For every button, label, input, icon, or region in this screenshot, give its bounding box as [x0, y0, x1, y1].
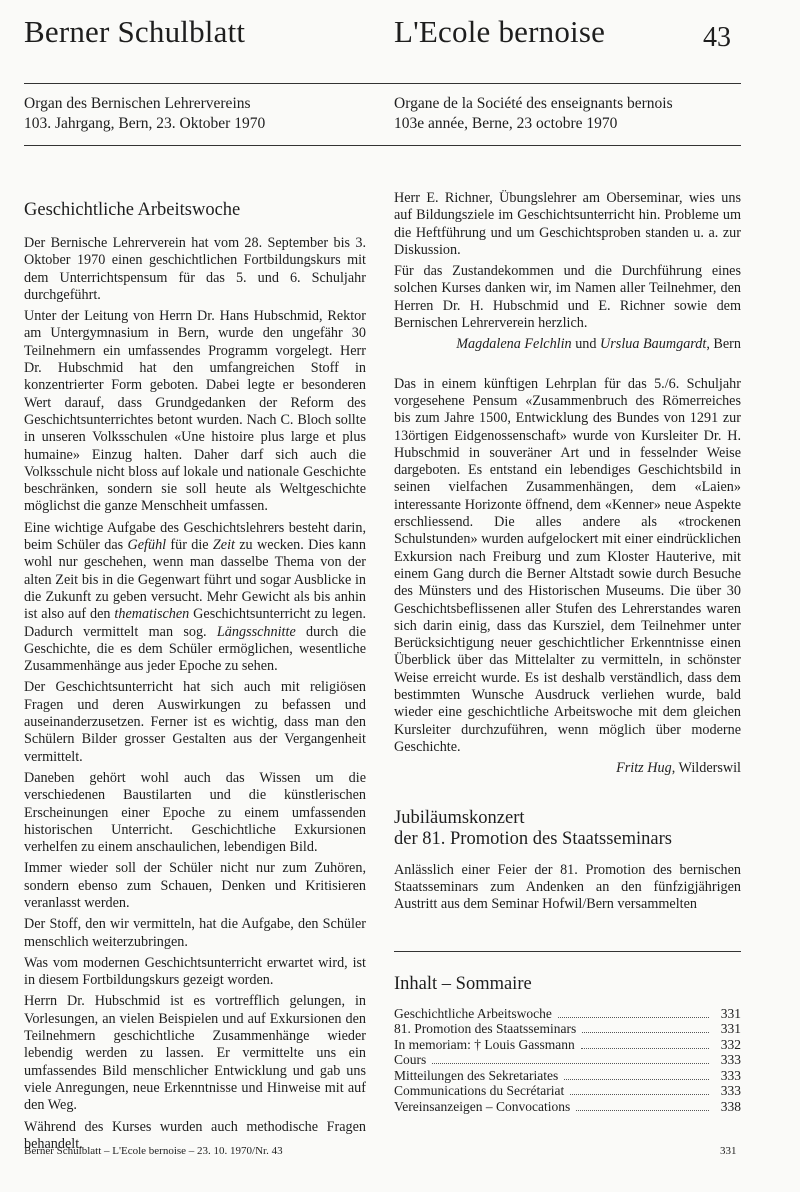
page-number: 331: [720, 1145, 737, 1157]
toc-item[interactable]: Mitteilungen des Sekretariates333: [394, 1068, 741, 1084]
toc-page: 332: [715, 1037, 741, 1053]
toc-leader: [582, 1032, 709, 1033]
subtitle-fr: Organe de la Société des enseignants ber…: [394, 94, 673, 134]
text-span: für die: [166, 537, 213, 553]
toc-leader: [570, 1094, 709, 1095]
toc-list: Geschichtliche Arbeitswoche331 81. Promo…: [394, 1006, 741, 1115]
paragraph: Der Stoff, den wir vermitteln, hat die A…: [24, 916, 366, 951]
header-rule-top: [24, 83, 741, 84]
paragraph: Der Geschichtsunterricht hat sich auch m…: [24, 679, 366, 765]
emphasis: Längsschnitte: [217, 624, 296, 640]
toc-page: 333: [715, 1052, 741, 1068]
toc-label: Vereinsanzeigen – Convocations: [394, 1099, 570, 1115]
paragraph: Unter der Leitung von Herrn Dr. Hans Hub…: [24, 308, 366, 516]
paragraph: Was vom modernen Geschichtsunterricht er…: [24, 955, 366, 990]
paragraph: Daneben gehört wohl auch das Wissen um d…: [24, 770, 366, 856]
author-place: , Wilderswil: [672, 760, 741, 776]
paragraph: Das in einem künftigen Lehrplan für das …: [394, 376, 741, 757]
toc-label: Communications du Secrétariat: [394, 1083, 564, 1099]
toc-item[interactable]: Geschichtliche Arbeitswoche331: [394, 1006, 741, 1022]
toc-item[interactable]: Communications du Secrétariat333: [394, 1083, 741, 1099]
signature: Fritz Hug, Wilderswil: [394, 760, 741, 777]
author-name: Magdalena Felchlin: [456, 336, 571, 352]
text-span: und: [572, 336, 600, 352]
toc-page: 331: [715, 1006, 741, 1022]
toc-rule: [394, 951, 741, 952]
spacer: [394, 917, 741, 951]
toc-label: In memoriam: † Louis Gassmann: [394, 1037, 575, 1053]
toc-item[interactable]: 81. Promotion des Staatsseminars331: [394, 1021, 741, 1037]
header-rule-bottom: [24, 145, 741, 146]
left-column: Geschichtliche Arbeitswoche Der Bernisch…: [24, 200, 366, 1157]
toc-label: Geschichtliche Arbeitswoche: [394, 1006, 552, 1022]
toc-page: 333: [715, 1068, 741, 1084]
toc-leader: [581, 1048, 709, 1049]
emphasis: Gefühl: [128, 537, 167, 553]
article-heading: Geschichtliche Arbeitswoche: [24, 200, 366, 221]
subtitle-de: Organ des Bernischen Lehrervereins 103. …: [24, 94, 265, 134]
subtitle-de-line1: Organ des Bernischen Lehrervereins: [24, 94, 265, 114]
toc-page: 333: [715, 1083, 741, 1099]
subtitle-de-line2: 103. Jahrgang, Bern, 23. Oktober 1970: [24, 114, 265, 134]
toc-item[interactable]: Vereinsanzeigen – Convocations338: [394, 1099, 741, 1115]
paragraph: Immer wieder soll der Schüler nicht nur …: [24, 860, 366, 912]
author-name: Fritz Hug: [616, 760, 672, 776]
toc-leader: [432, 1063, 709, 1064]
toc-item[interactable]: Cours333: [394, 1052, 741, 1068]
right-column: Herr E. Richner, Übungslehrer am Obersem…: [394, 190, 741, 1114]
paragraph: Für das Zustandekommen und die Durchführ…: [394, 263, 741, 332]
paragraph: Der Bernische Lehrerverein hat vom 28. S…: [24, 235, 366, 304]
toc-item[interactable]: In memoriam: † Louis Gassmann332: [394, 1037, 741, 1053]
paragraph: Herr E. Richner, Übungslehrer am Obersem…: [394, 190, 741, 259]
spacer: [394, 358, 741, 376]
toc-page: 338: [715, 1099, 741, 1115]
issue-number: 43: [703, 22, 731, 54]
toc-label: Mitteilungen des Sekretariates: [394, 1068, 558, 1084]
toc-leader: [564, 1079, 709, 1080]
article-heading: Jubiläumskonzert der 81. Promotion des S…: [394, 808, 741, 850]
toc-label: 81. Promotion des Staatsseminars: [394, 1021, 576, 1037]
heading-line: Jubiläumskonzert: [394, 808, 741, 829]
toc-leader: [558, 1017, 709, 1018]
spacer: [394, 782, 741, 808]
paragraph: Eine wichtige Aufgabe des Geschichtslehr…: [24, 520, 366, 676]
heading-line: der 81. Promotion des Staatsseminars: [394, 829, 741, 850]
author-place: , Bern: [706, 336, 741, 352]
emphasis: Zeit: [213, 537, 235, 553]
footer-citation: Berner Schulblatt – L'Ecole bernoise – 2…: [24, 1145, 283, 1157]
author-name: Urslua Baumgardt: [600, 336, 706, 352]
toc-title: Inhalt – Sommaire: [394, 976, 741, 993]
subtitle-fr-line1: Organe de la Société des enseignants ber…: [394, 94, 673, 114]
subtitle-fr-line2: 103e année, Berne, 23 octobre 1970: [394, 114, 673, 134]
emphasis: thematischen: [114, 606, 189, 622]
toc-leader: [576, 1110, 709, 1111]
masthead-title-fr: L'Ecole bernoise: [394, 14, 632, 50]
paragraph: Herrn Dr. Hubschmid ist es vortrefflich …: [24, 993, 366, 1114]
masthead-title-de: Berner Schulblatt: [24, 14, 245, 50]
signature: Magdalena Felchlin und Urslua Baumgardt,…: [394, 336, 741, 353]
toc-label: Cours: [394, 1052, 426, 1068]
paragraph: Anlässlich einer Feier der 81. Promotion…: [394, 862, 741, 914]
toc-page: 331: [715, 1021, 741, 1037]
